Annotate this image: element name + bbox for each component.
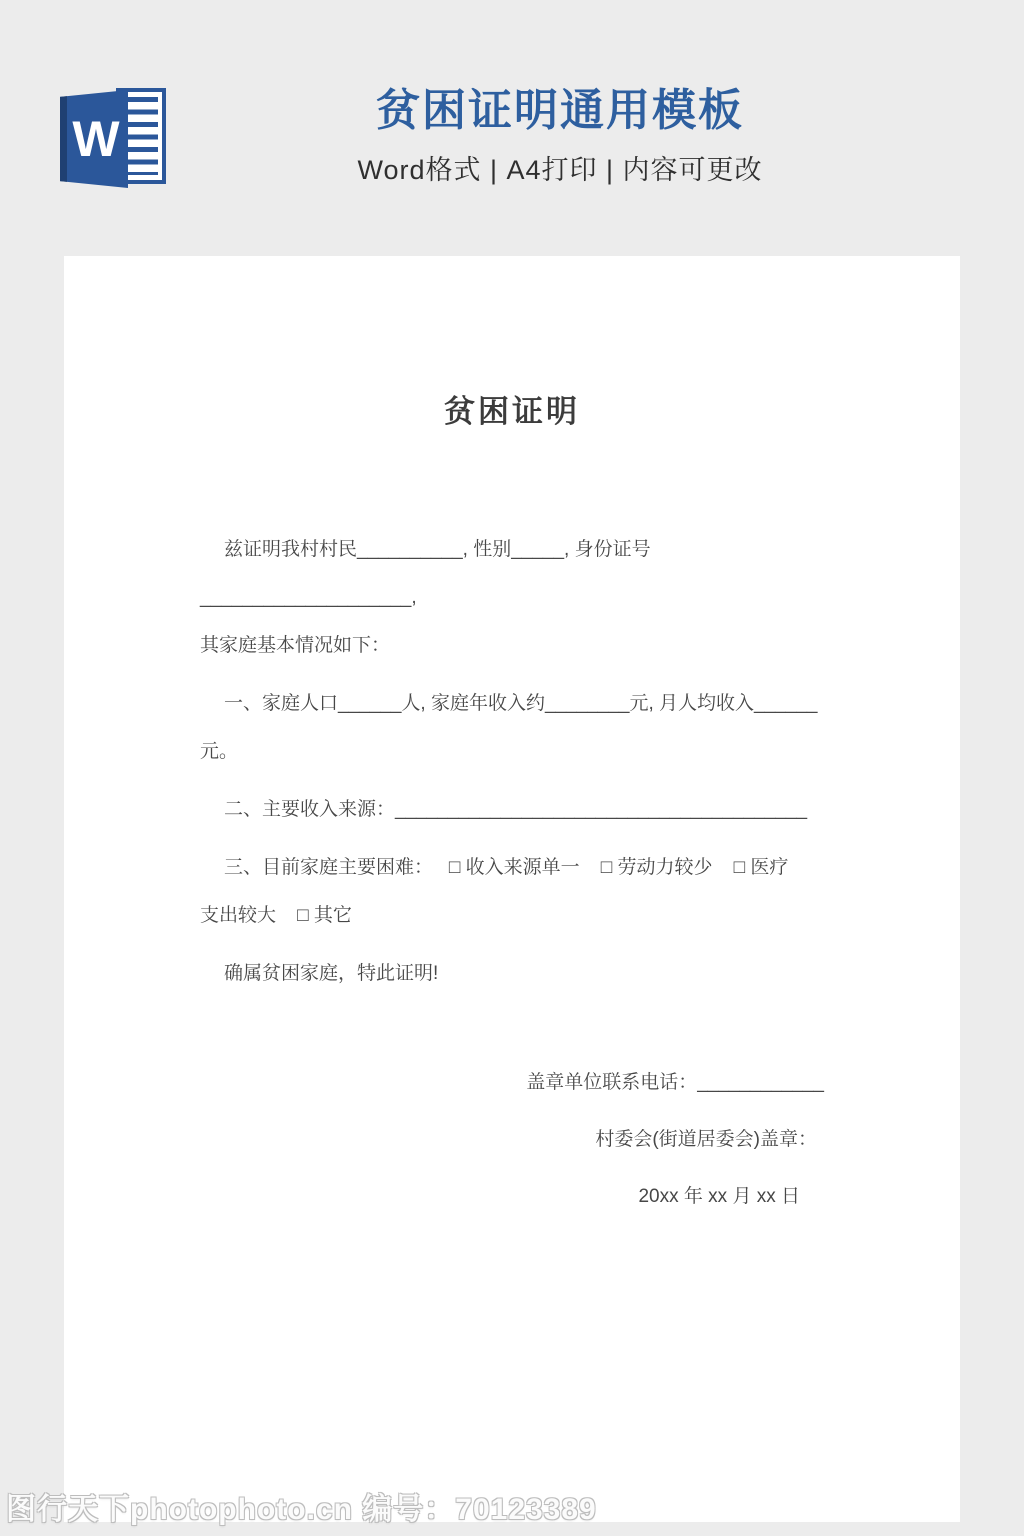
doc-line-item-2: 二、主要收入来源：_______________________________… xyxy=(200,786,824,834)
doc-line-item-3a: 三、目前家庭主要困难： □ 收入来源单一 □ 劳动力较少 □ 医疗 xyxy=(200,844,824,892)
doc-line-intro-1: 兹证明我村村民__________, 性别_____, 身份证号________… xyxy=(200,526,824,622)
page-title: 贫困证明通用模板 xyxy=(96,86,1024,136)
header-text-block: 贫困证明通用模板 Word格式 | A4打印 | 内容可更改 xyxy=(96,86,1024,187)
sig-line-date: 20xx 年 xx 月 xx 日 xyxy=(200,1168,824,1225)
page-subtitle: Word格式 | A4打印 | 内容可更改 xyxy=(96,148,1024,187)
doc-line-intro-2: 其家庭基本情况如下： xyxy=(200,622,824,670)
document-body: 兹证明我村村民__________, 性别_____, 身份证号________… xyxy=(200,526,824,1225)
sig-line-phone: 盖章单位联系电话：____________ xyxy=(200,1054,824,1111)
watermark-text: 图行天下photophoto.cn 编号：70123389 xyxy=(6,1484,597,1528)
template-preview-canvas: W 贫困证明通用模板 Word格式 | A4打印 | 内容可更改 贫困证明 兹证… xyxy=(0,0,1024,1536)
doc-line-item-1: 一、家庭人口______人, 家庭年收入约________元, 月人均收入___… xyxy=(200,680,824,776)
doc-line-item-3b: 支出较大 □ 其它 xyxy=(200,892,824,940)
signature-block: 盖章单位联系电话：____________ 村委会(街道居委会)盖章： 20xx… xyxy=(200,1054,824,1225)
word-plate-fold xyxy=(60,90,67,188)
document-page: 贫困证明 兹证明我村村民__________, 性别_____, 身份证号___… xyxy=(64,256,960,1522)
document-title: 贫困证明 xyxy=(200,394,824,430)
doc-line-closing: 确属贫困家庭，特此证明! xyxy=(200,950,824,998)
sig-line-stamp: 村委会(街道居委会)盖章： xyxy=(200,1111,824,1168)
